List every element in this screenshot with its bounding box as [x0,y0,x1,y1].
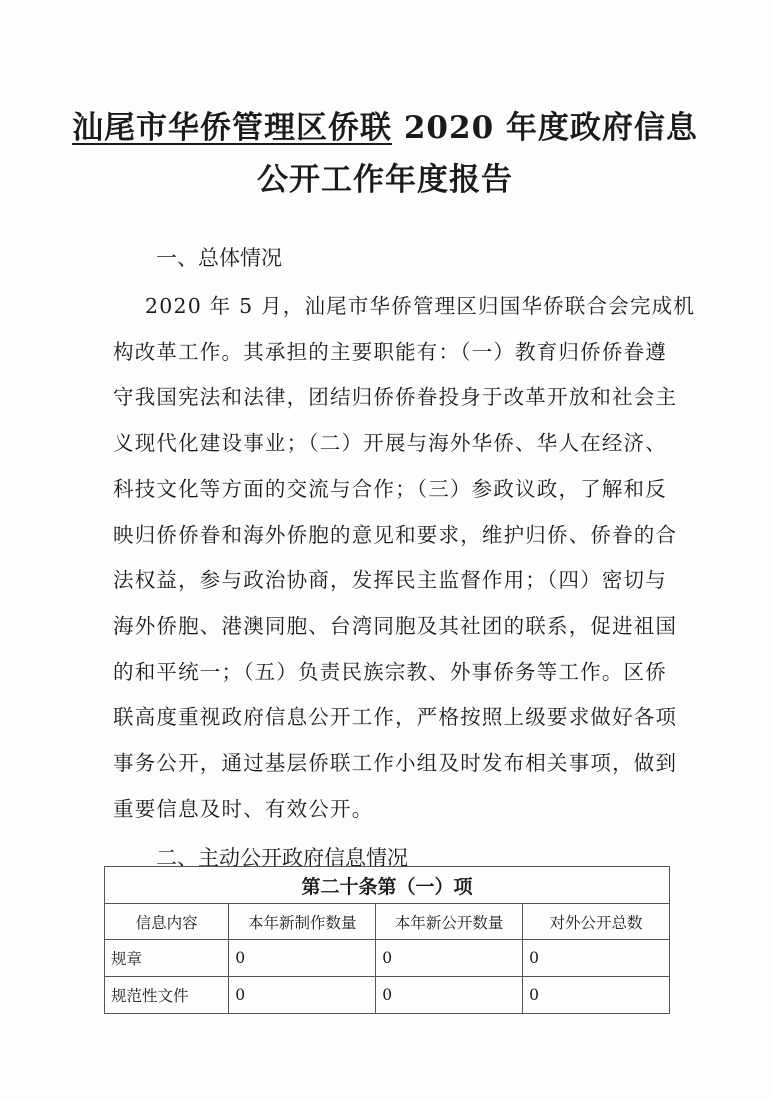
table-cell: 0 [523,977,670,1014]
column-header: 对外公开总数 [523,904,670,940]
paragraph-line: 映归侨侨眷和海外侨胞的意见和要求，维护归侨、侨眷的合 [113,513,668,559]
row-label: 规范性文件 [105,977,229,1014]
paragraph-line: 事务公开，通过基层侨联工作小组及时发布相关事项，做到 [113,741,668,787]
paragraph-line: 构改革工作。其承担的主要职能有：（一）教育归侨侨眷遵 [113,330,668,376]
paragraph-line: 重要信息及时、有效公开。 [113,787,668,833]
paragraph-line: 守我国宪法和法律，团结归侨侨眷投身于改革开放和社会主 [113,375,668,421]
table-cell: 0 [523,940,670,977]
column-header: 信息内容 [105,904,229,940]
table-cell: 0 [376,940,523,977]
paragraph-line: 义现代化建设事业；（二）开展与海外华侨、华人在经济、 [113,421,668,467]
table-cell: 0 [229,977,376,1014]
table-cell: 0 [229,940,376,977]
document-title-line-1: 汕尾市华侨管理区侨联 2020 年度政府信息 [0,102,770,147]
paragraph-line: 法权益，参与政治协商，发挥民主监督作用；（四）密切与 [113,558,668,604]
title-year-text: 2020 年度政府信息 [392,110,698,146]
paragraph-line: 科技文化等方面的交流与合作；（三）参政议政，了解和反 [113,467,668,513]
paragraph-line: 海外侨胞、港澳同胞、台湾同胞及其社团的联系，促进祖国 [113,604,668,650]
overview-paragraph: 2020 年 5 月，汕尾市华侨管理区归国华侨联合会完成机 构改革工作。其承担的… [113,284,668,832]
table-row: 规范性文件 0 0 0 [105,977,670,1014]
row-label: 规章 [105,940,229,977]
section-heading-overview: 一、总体情况 [156,242,282,272]
column-header: 本年新制作数量 [229,904,376,940]
table-caption: 第二十条第（一）项 [105,867,670,904]
document-title-line-2: 公开工作年度报告 [0,154,770,199]
paragraph-line: 联高度重视政府信息公开工作，严格按照上级要求做好各项 [113,695,668,741]
table-row: 规章 0 0 0 [105,940,670,977]
disclosure-table: 第二十条第（一）项 信息内容 本年新制作数量 本年新公开数量 对外公开总数 规章… [104,866,670,1014]
column-header: 本年新公开数量 [376,904,523,940]
paragraph-line: 的和平统一；（五）负责民族宗教、外事侨务等工作。区侨 [113,650,668,696]
paragraph-line: 2020 年 5 月，汕尾市华侨管理区归国华侨联合会完成机 [113,284,668,330]
table-cell: 0 [376,977,523,1014]
title-org-name: 汕尾市华侨管理区侨联 [72,110,392,146]
